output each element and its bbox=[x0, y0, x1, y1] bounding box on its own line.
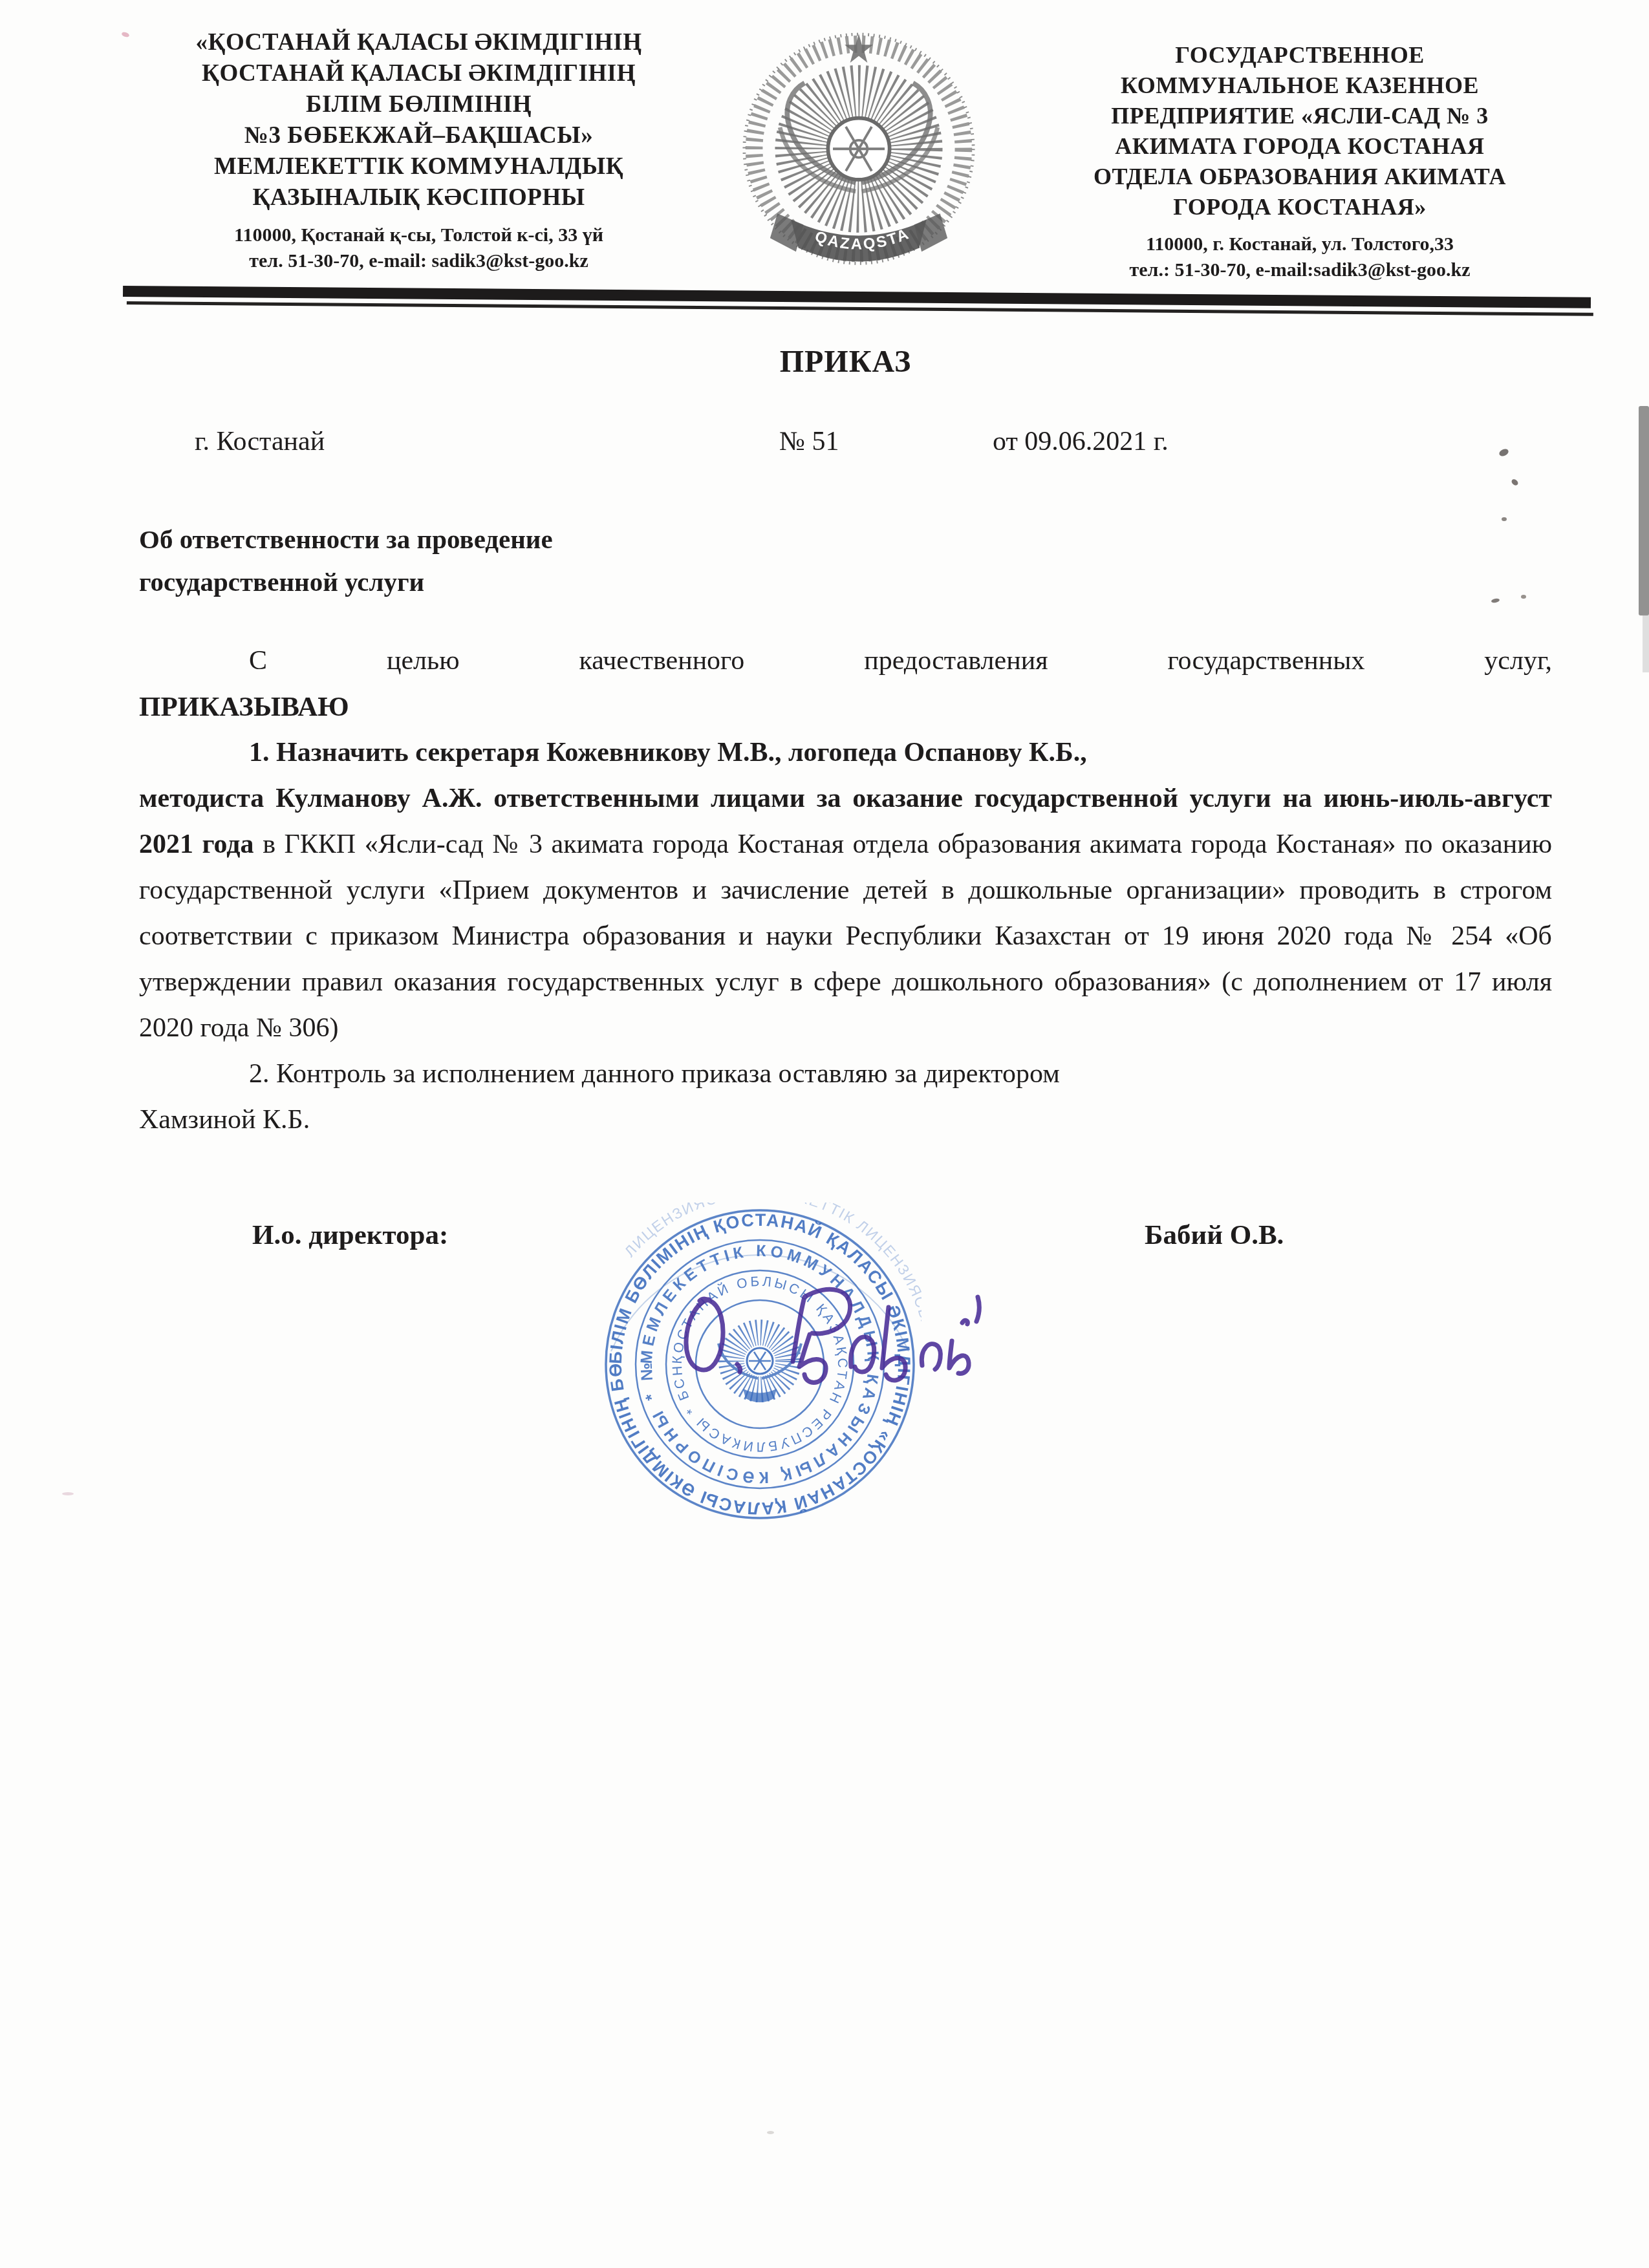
org-name-line: ГОСУДАРСТВЕННОЕ bbox=[1018, 40, 1581, 70]
org-name-line: БІЛІМ БӨЛІМІНІҢ bbox=[139, 89, 698, 120]
item2-line1: 2. Контроль за исполнением данного прика… bbox=[249, 1059, 1060, 1089]
org-name-line: АКИМАТА ГОРОДА КОСТАНАЯ bbox=[1018, 131, 1581, 162]
address-line: 110000, г. Костанай, ул. Толстого,33 bbox=[1018, 231, 1581, 257]
scan-artifact bbox=[62, 1492, 74, 1495]
address-line: тел.: 51-30-70, e-mail:sadik3@kst-goo.kz bbox=[1018, 257, 1581, 283]
org-name-line: МЕМЛЕКЕТТІК КОММУНАЛДЫҚ bbox=[139, 151, 698, 182]
order-number: № 51 bbox=[779, 426, 839, 457]
org-name-line: ОТДЕЛА ОБРАЗОВАНИЯ АКИМАТА bbox=[1018, 162, 1581, 192]
org-name-line: «ҚОСТАНАЙ ҚАЛАСЫ ӘКІМДІГІНІҢ bbox=[139, 27, 698, 58]
address-line: тел. 51-30-70, e-mail: sadik3@kst-goo.kz bbox=[139, 248, 698, 274]
scan-artifact bbox=[1643, 614, 1649, 672]
org-block-russian: ГОСУДАРСТВЕННОЕ КОММУНАЛЬНОЕ КАЗЕННОЕ ПР… bbox=[1018, 27, 1581, 283]
intro-word: государственных bbox=[1167, 638, 1364, 684]
intro-word: С bbox=[249, 638, 267, 684]
scan-artifact bbox=[1639, 406, 1649, 615]
address-line: 110000, Қостанай қ-сы, Толстой к-сі, 33 … bbox=[139, 222, 698, 248]
order-text: С целью качественного предоставления гос… bbox=[139, 638, 1552, 1143]
subject-line: Об ответственности за проведение bbox=[139, 518, 1552, 561]
org-address-kazakh: 110000, Қостанай қ-сы, Толстой к-сі, 33 … bbox=[139, 222, 698, 274]
signatory-name: Бабий О.В. bbox=[1145, 1219, 1284, 1251]
order-item-1: 1. Назначить секретаря Кожевникову М.В.,… bbox=[139, 730, 1552, 1051]
header-divider bbox=[123, 286, 1591, 319]
intro-word: предоставления bbox=[864, 638, 1048, 684]
scanned-order-document: «ҚОСТАНАЙ ҚАЛАСЫ ӘКІМДІГІНІҢ ҚОСТАНАЙ ҚА… bbox=[0, 0, 1649, 2268]
org-name-line: №3 БӨБЕКЖАЙ–БАҚШАСЫ» bbox=[139, 120, 698, 151]
order-meta-row: г. Костанай № 51 от 09.06.2021 г. bbox=[139, 426, 1552, 469]
org-name-line: ҚОСТАНАЙ ҚАЛАСЫ ӘКІМДІГІНІҢ bbox=[139, 58, 698, 89]
scan-artifact bbox=[767, 2131, 774, 2134]
signature-autograph bbox=[647, 1259, 1022, 1434]
item1-regular-rest: в ГККП «Ясли-сад № 3 акимата города Кост… bbox=[139, 829, 1552, 1043]
order-item-2: 2. Контроль за исполнением данного прика… bbox=[139, 1051, 1552, 1143]
order-city: г. Костанай bbox=[195, 426, 325, 457]
emblem-wrap: QAZAQSTAN bbox=[698, 27, 1018, 275]
intro-word: качественного bbox=[579, 638, 744, 684]
scan-artifact bbox=[1521, 595, 1526, 599]
org-name-line: ҚАЗЫНАЛЫҚ КӘСІПОРНЫ bbox=[139, 182, 698, 213]
resolve-word: ПРИКАЗЫВАЮ bbox=[139, 684, 1552, 730]
org-name-line: ПРЕДПРИЯТИЕ «ЯСЛИ-САД № 3 bbox=[1018, 101, 1581, 131]
intro-word: услуг, bbox=[1484, 638, 1552, 684]
order-subject: Об ответственности за проведение государ… bbox=[139, 518, 1552, 603]
letterhead: «ҚОСТАНАЙ ҚАЛАСЫ ӘКІМДІГІНІҢ ҚОСТАНАЙ ҚА… bbox=[0, 0, 1649, 283]
kazakhstan-coat-of-arms-icon: QAZAQSTAN bbox=[729, 28, 988, 275]
scan-artifact bbox=[1502, 517, 1507, 521]
document-title: ПРИКАЗ bbox=[139, 344, 1552, 380]
order-date: от 09.06.2021 г. bbox=[993, 426, 1169, 457]
org-name-line: КОММУНАЛЬНОЕ КАЗЕННОЕ bbox=[1018, 70, 1581, 101]
org-block-kazakh: «ҚОСТАНАЙ ҚАЛАСЫ ӘКІМДІГІНІҢ ҚОСТАНАЙ ҚА… bbox=[139, 27, 698, 274]
intro-word: целью bbox=[387, 638, 460, 684]
org-address-russian: 110000, г. Костанай, ул. Толстого,33 тел… bbox=[1018, 231, 1581, 283]
org-name-line: ГОРОДА КОСТАНАЯ» bbox=[1018, 192, 1581, 222]
order-body: ПРИКАЗ г. Костанай № 51 от 09.06.2021 г.… bbox=[0, 344, 1649, 1278]
intro-line: С целью качественного предоставления гос… bbox=[249, 638, 1552, 684]
signature-label: И.о. директора: bbox=[252, 1219, 448, 1251]
item1-bold-line: 1. Назначить секретаря Кожевникову М.В.,… bbox=[249, 738, 1087, 767]
item2-line2: Хамзиной К.Б. bbox=[139, 1105, 310, 1135]
subject-line: государственной услуги bbox=[139, 561, 1552, 603]
